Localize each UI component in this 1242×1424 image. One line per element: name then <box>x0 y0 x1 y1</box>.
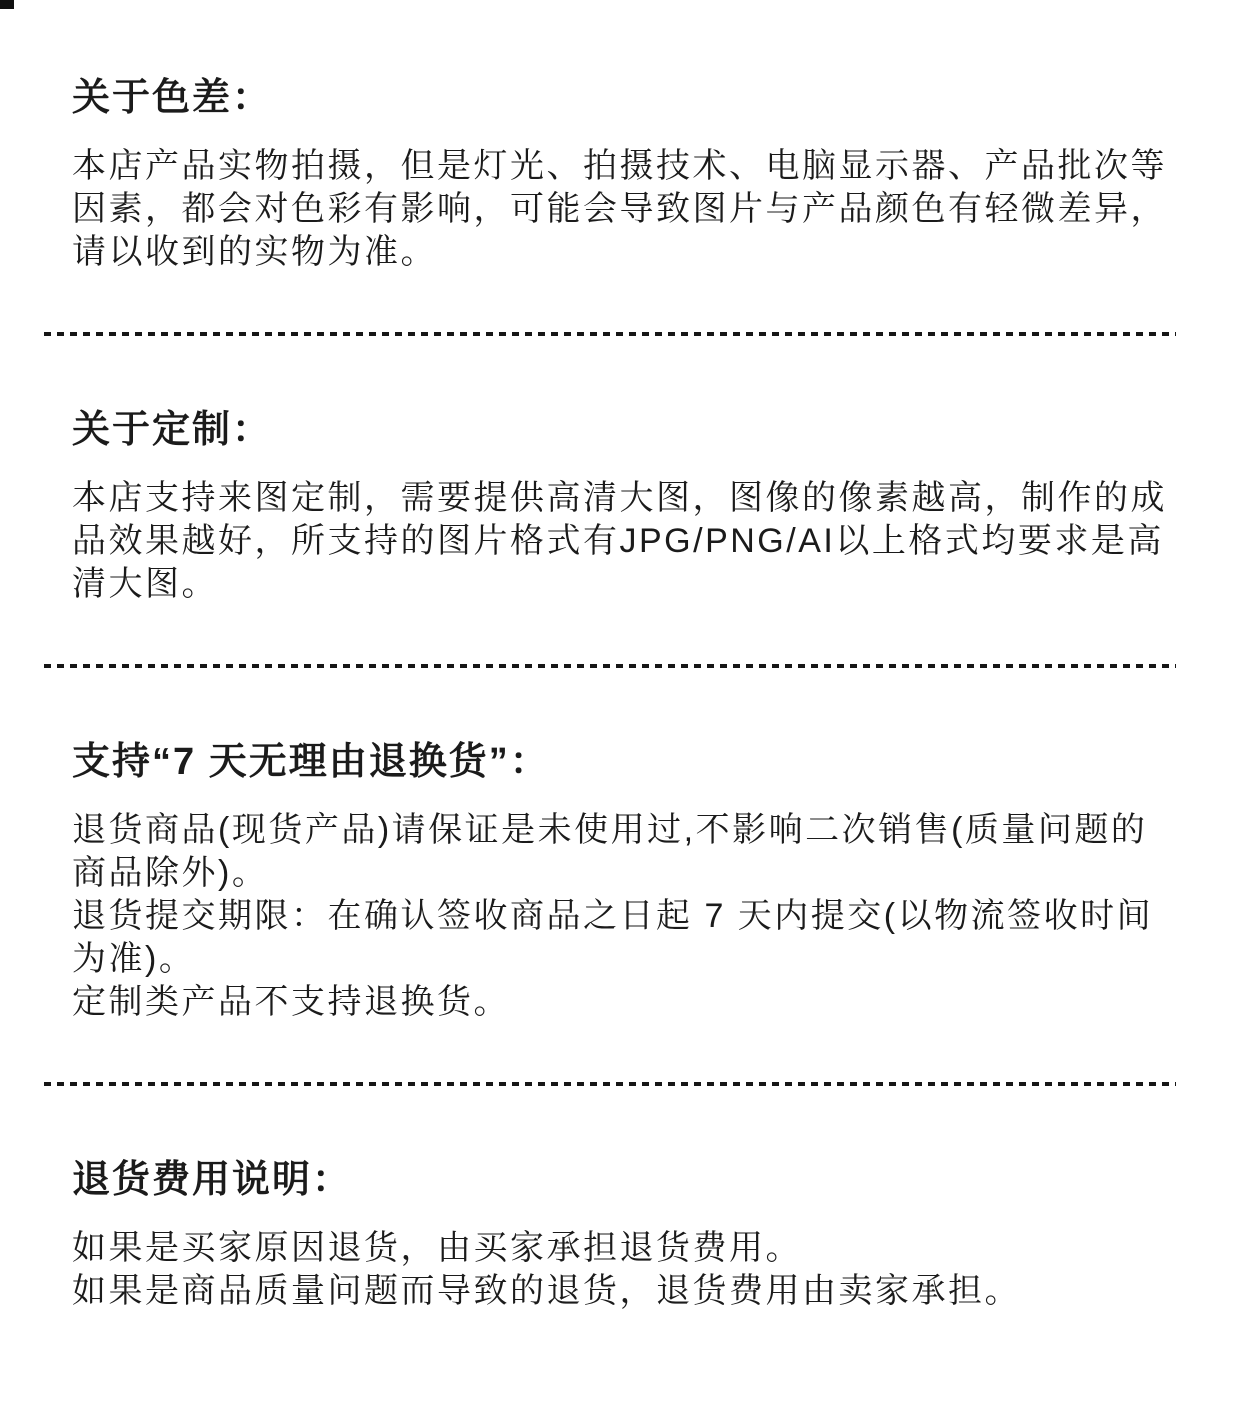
dashed-divider <box>44 1082 1176 1086</box>
return-policy-title: 支持“7 天无理由退换货”： <box>72 742 1168 782</box>
return-policy-custom-exclusion-paragraph: 定制类产品不支持退换货。 <box>72 981 1168 1024</box>
customization-paragraph: 本店支持来图定制，需要提供高清大图，图像的像素越高，制作的成品效果越好，所支持的… <box>72 477 1168 606</box>
return-policy-deadline-paragraph: 退货提交期限：在确认签收商品之日起 7 天内提交(以物流签收时间为准)。 <box>72 895 1168 981</box>
section-color-difference: 关于色差： 本店产品实物拍摄，但是灯光、拍摄技术、电脑显示器、产品批次等因素，都… <box>72 78 1168 274</box>
section-return-fee: 退货费用说明： 如果是买家原因退货，由买家承担退货费用。 如果是商品质量问题而导… <box>72 1160 1168 1313</box>
return-fee-buyer-paragraph: 如果是买家原因退货，由买家承担退货费用。 <box>72 1227 1168 1270</box>
return-fee-title: 退货费用说明： <box>72 1160 1168 1200</box>
section-return-policy: 支持“7 天无理由退换货”： 退货商品(现货产品)请保证是未使用过,不影响二次销… <box>72 742 1168 1024</box>
dashed-divider <box>44 664 1176 668</box>
section-customization: 关于定制： 本店支持来图定制，需要提供高清大图，图像的像素越高，制作的成品效果越… <box>72 410 1168 606</box>
color-difference-title: 关于色差： <box>72 78 1168 118</box>
return-fee-seller-paragraph: 如果是商品质量问题而导致的退货，退货费用由卖家承担。 <box>72 1270 1168 1313</box>
policy-notes-page: 关于色差： 本店产品实物拍摄，但是灯光、拍摄技术、电脑显示器、产品批次等因素，都… <box>0 0 1242 1313</box>
corner-edge-artifact <box>0 0 14 9</box>
color-difference-paragraph: 本店产品实物拍摄，但是灯光、拍摄技术、电脑显示器、产品批次等因素，都会对色彩有影… <box>72 145 1168 274</box>
customization-title: 关于定制： <box>72 410 1168 450</box>
return-policy-condition-paragraph: 退货商品(现货产品)请保证是未使用过,不影响二次销售(质量问题的商品除外)。 <box>72 809 1168 895</box>
dashed-divider <box>44 332 1176 336</box>
